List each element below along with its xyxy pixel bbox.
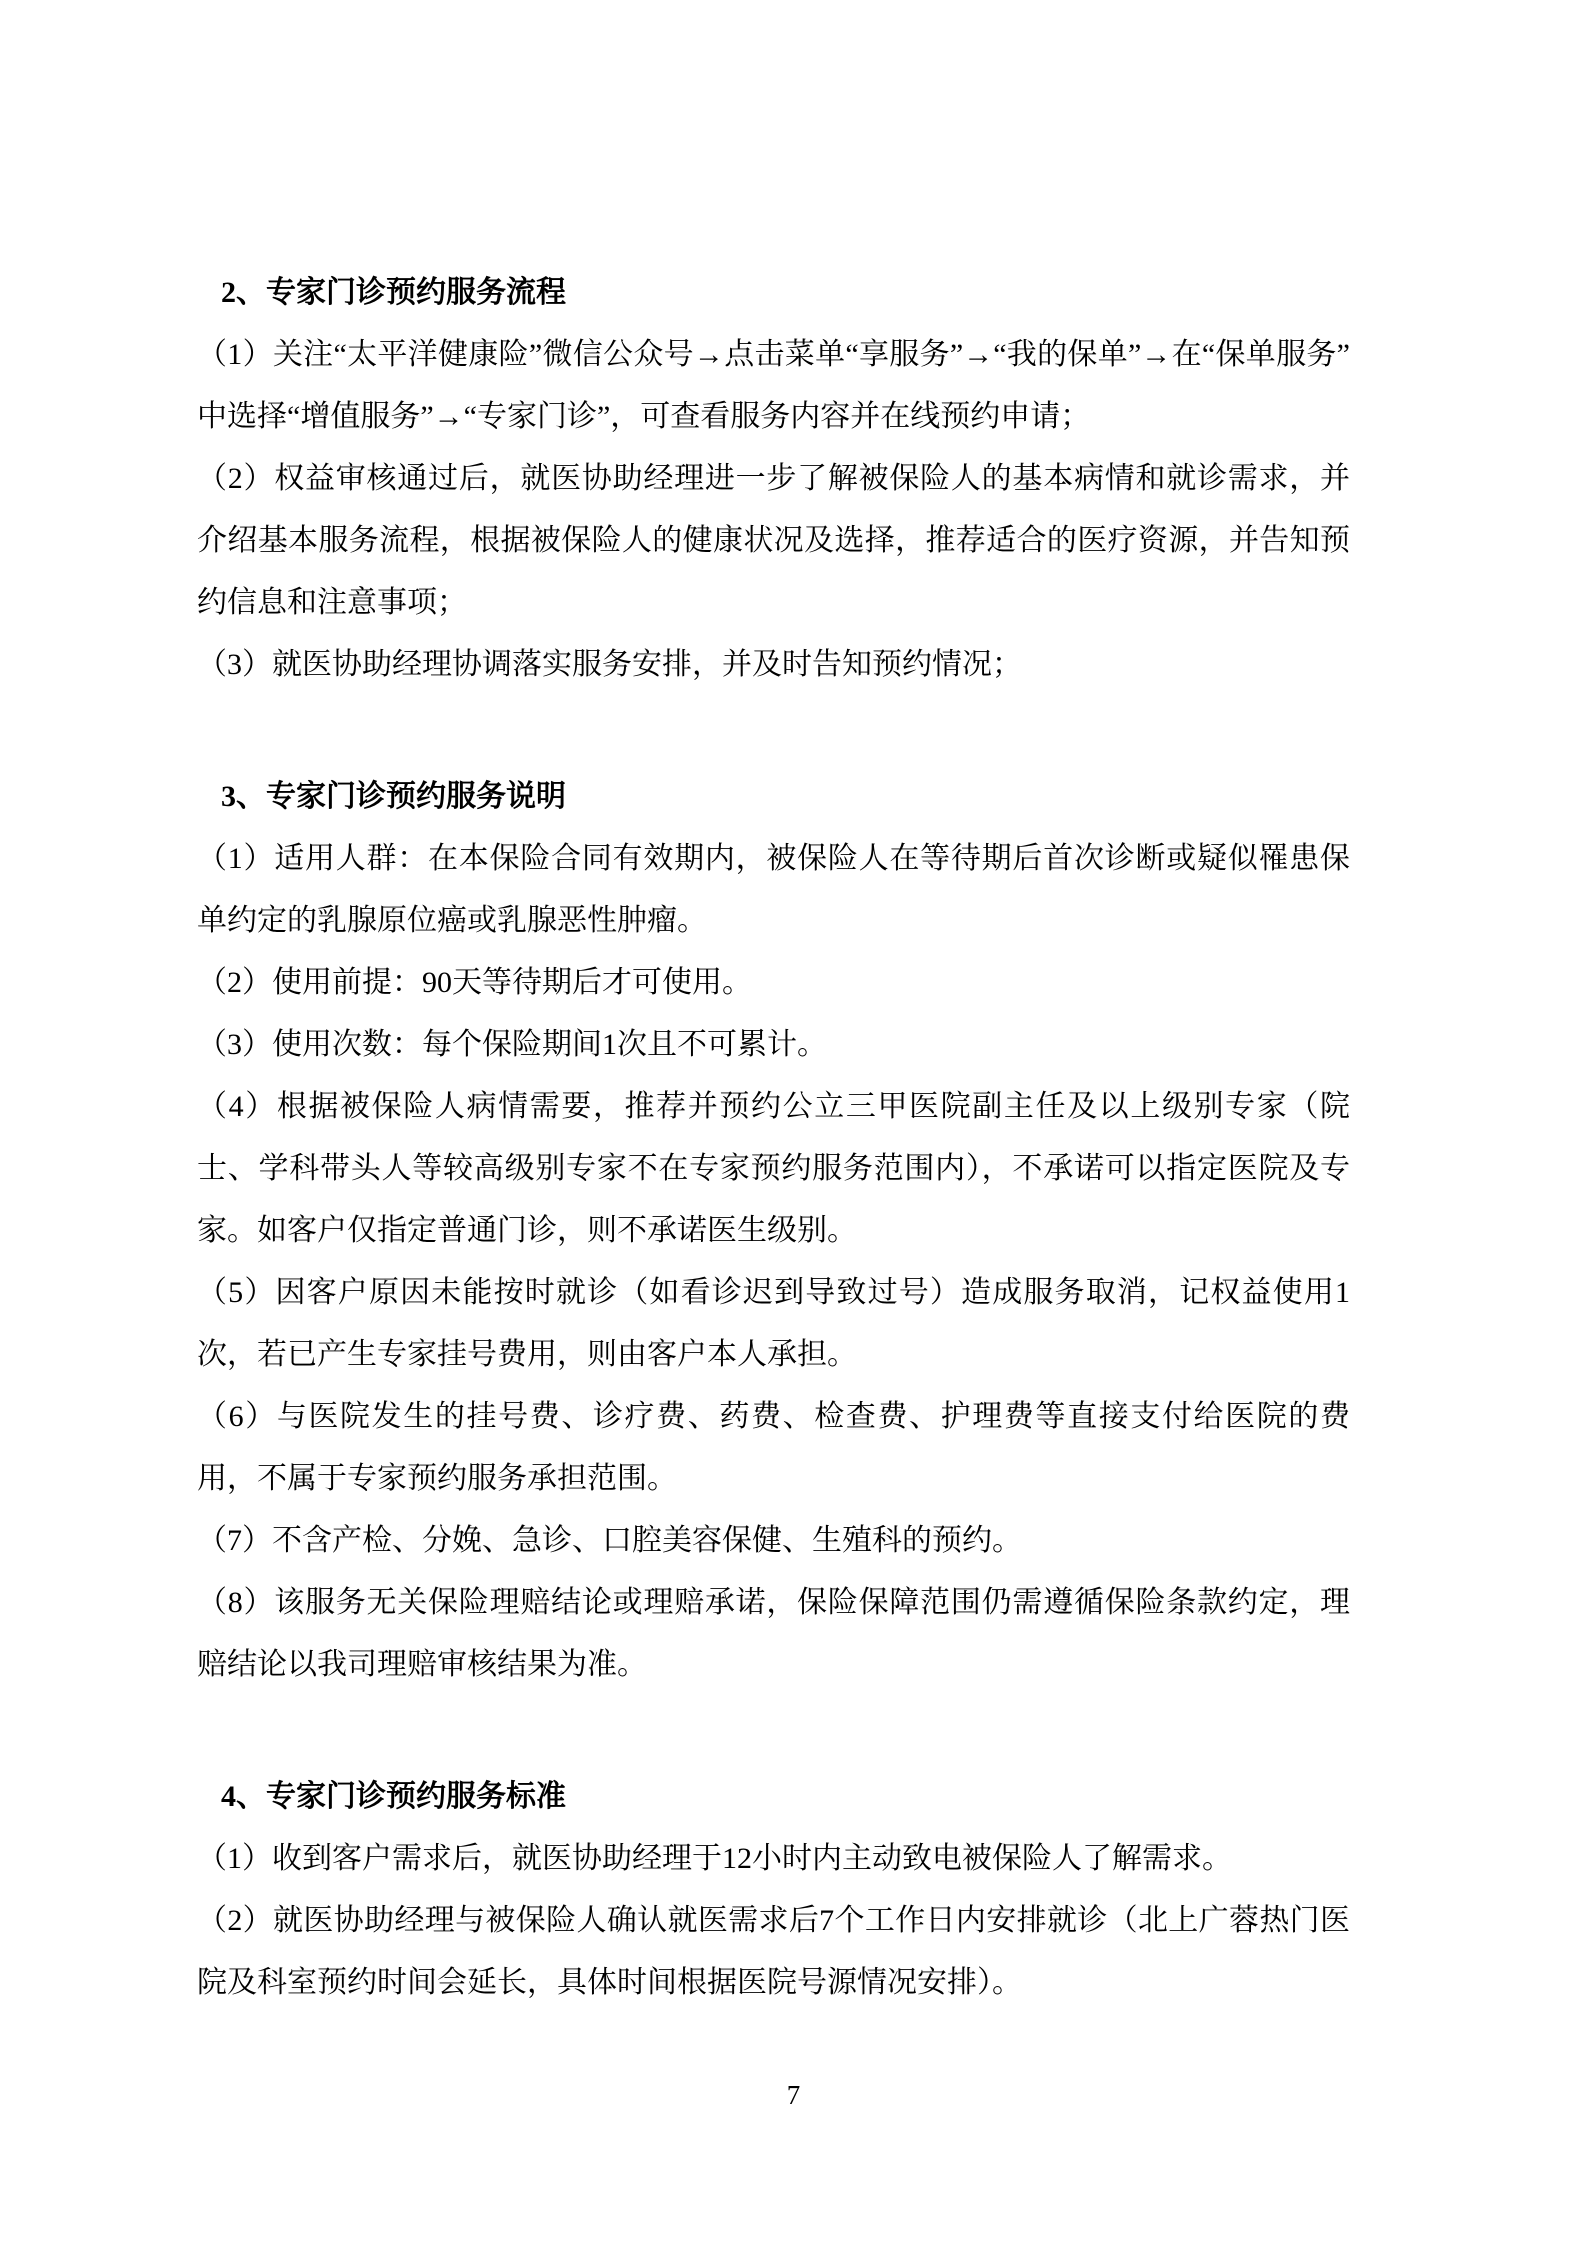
paragraph: （6）与医院发生的挂号费、诊疗费、药费、检查费、护理费等直接支付给医院的费用，不…: [197, 1386, 1350, 1510]
section-expert-clinic-booking-standards: 4、专家门诊预约服务标准 （1）收到客户需求后，就医协助经理于12小时内主动致电…: [197, 1766, 1350, 2014]
paragraph: （2）使用前提：90天等待期后才可使用。: [197, 952, 1350, 1014]
paragraph: （1）收到客户需求后，就医协助经理于12小时内主动致电被保险人了解需求。: [197, 1828, 1350, 1890]
paragraph: （2）就医协助经理与被保险人确认就医需求后7个工作日内安排就诊（北上广蓉热门医院…: [197, 1890, 1350, 2014]
paragraph: （5）因客户原因未能按时就诊（如看诊迟到导致过号）造成服务取消，记权益使用1次，…: [197, 1262, 1350, 1386]
section-heading: 2、专家门诊预约服务流程: [197, 262, 1350, 324]
paragraph: （8）该服务无关保险理赔结论或理赔承诺，保险保障范围仍需遵循保险条款约定，理赔结…: [197, 1572, 1350, 1696]
paragraph: （7）不含产检、分娩、急诊、口腔美容保健、生殖科的预约。: [197, 1510, 1350, 1572]
paragraph: （1）适用人群：在本保险合同有效期内，被保险人在等待期后首次诊断或疑似罹患保单约…: [197, 828, 1350, 952]
page-number: 7: [0, 2080, 1587, 2110]
section-heading: 4、专家门诊预约服务标准: [197, 1766, 1350, 1828]
section-heading: 3、专家门诊预约服务说明: [197, 766, 1350, 828]
section-expert-clinic-booking-process: 2、专家门诊预约服务流程 （1）关注“太平洋健康险”微信公众号→点击菜单“享服务…: [197, 262, 1350, 696]
paragraph: （4）根据被保险人病情需要，推荐并预约公立三甲医院副主任及以上级别专家（院士、学…: [197, 1076, 1350, 1262]
document-content: 2、专家门诊预约服务流程 （1）关注“太平洋健康险”微信公众号→点击菜单“享服务…: [197, 262, 1350, 2014]
paragraph: （3）使用次数：每个保险期间1次且不可累计。: [197, 1014, 1350, 1076]
paragraph: （2）权益审核通过后，就医协助经理进一步了解被保险人的基本病情和就诊需求，并介绍…: [197, 448, 1350, 634]
section-expert-clinic-booking-notes: 3、专家门诊预约服务说明 （1）适用人群：在本保险合同有效期内，被保险人在等待期…: [197, 766, 1350, 1696]
paragraph: （3）就医协助经理协调落实服务安排，并及时告知预约情况；: [197, 634, 1350, 696]
paragraph: （1）关注“太平洋健康险”微信公众号→点击菜单“享服务”→“我的保单”→在“保单…: [197, 324, 1350, 448]
document-page: 2、专家门诊预约服务流程 （1）关注“太平洋健康险”微信公众号→点击菜单“享服务…: [0, 0, 1587, 2245]
